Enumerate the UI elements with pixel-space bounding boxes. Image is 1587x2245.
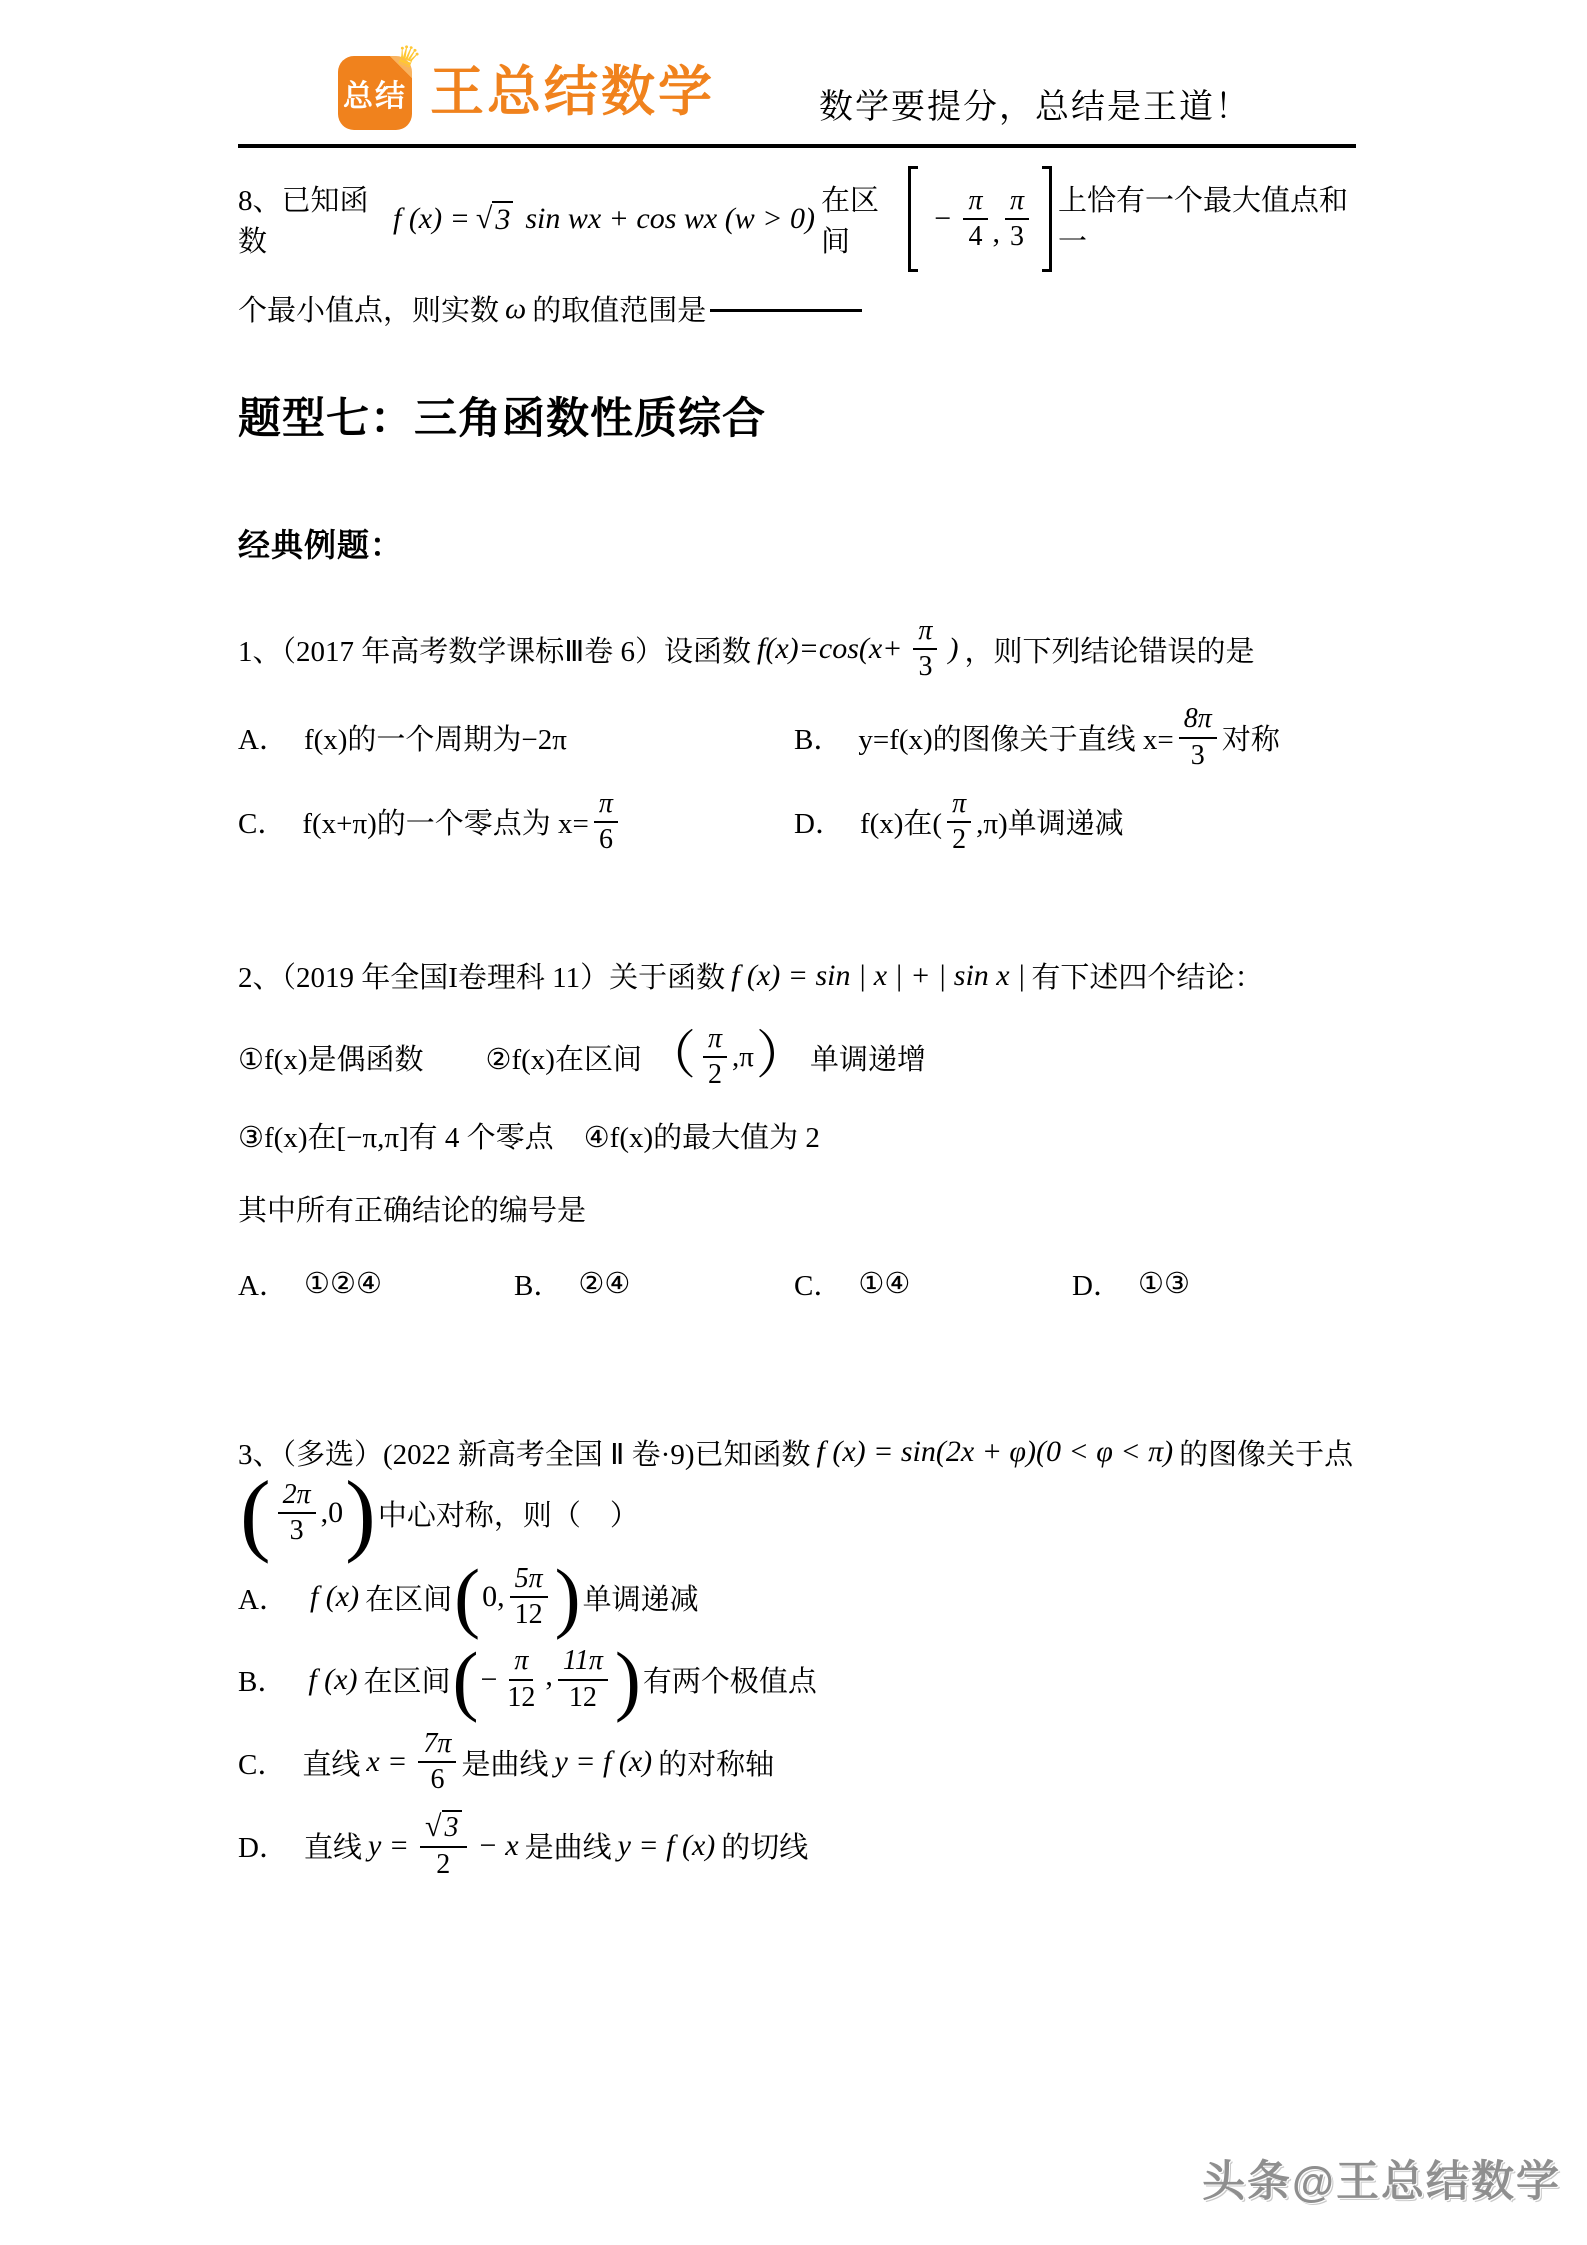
q1-option-c: C． f(x+π)的一个零点为 x= π6 <box>238 787 794 857</box>
option-math: 0, <box>482 1580 505 1614</box>
fraction-denominator: 12 <box>564 1681 602 1715</box>
fraction-numerator: π <box>913 614 937 650</box>
fraction-numerator: π <box>1005 184 1029 220</box>
q1-formula: f(x)=cos(x+ <box>757 632 902 666</box>
fraction: π6 <box>594 787 618 857</box>
fraction-numerator: 2π <box>278 1478 316 1514</box>
fraction-denominator: 3 <box>1186 739 1210 773</box>
option-text: f(x+π)的一个零点为 x= <box>302 801 589 842</box>
question-2: 2、（2019 年全国I卷理科 11）关于函数 f (x) = sin | x … <box>238 955 1356 1303</box>
fraction-denominator: 3 <box>1005 220 1029 254</box>
fraction-denominator: 2 <box>703 1058 727 1092</box>
fraction-denominator: 2 <box>431 1848 455 1882</box>
q2-stem: 2、（2019 年全国I卷理科 11）关于函数 f (x) = sin | x … <box>238 955 1356 996</box>
question-3: 3、（多选）(2022 新高考全国 Ⅱ 卷·9)已知函数 f (x) = sin… <box>238 1432 1356 1882</box>
option-label: D． <box>794 801 844 842</box>
left-bracket <box>908 166 918 272</box>
left-paren: （ <box>644 1034 696 1081</box>
option-text: ①④ <box>858 1266 910 1301</box>
question-1: 1、（2017 年高考数学课标Ⅲ卷 6）设函数 f(x)=cos(x+ π3 )… <box>238 614 1356 857</box>
option-label: B． <box>514 1263 562 1304</box>
option-math: − x <box>478 1829 519 1863</box>
fraction-numerator: 5π <box>510 1562 548 1598</box>
fraction: π3 <box>913 614 937 684</box>
option-label: B． <box>794 717 842 758</box>
q2-conclusion-1: ①f(x)是偶函数 <box>238 1037 423 1078</box>
q3-point-rest: ,0 <box>321 1496 344 1530</box>
fraction: 8π3 <box>1179 702 1217 772</box>
minus-sign: − <box>932 202 952 236</box>
right-bracket <box>1042 166 1052 272</box>
fraction: 7π6 <box>418 1727 456 1797</box>
fraction-numerator: π <box>703 1022 727 1058</box>
option-text: 有两个极值点 <box>643 1659 817 1700</box>
q8-tail: 上恰有一个最大值点和一 <box>1058 178 1356 260</box>
brand-title: 王总结数学 <box>430 63 715 122</box>
fraction-denominator: 12 <box>502 1681 540 1715</box>
section-subtitle: 经典例题： <box>238 520 1356 566</box>
q8-line2-text: 个最小值点，则实数 <box>238 288 499 329</box>
fraction-numerator: 11π <box>558 1644 608 1680</box>
fraction: π2 <box>703 1022 727 1092</box>
header: 总结 ♛ 王总结数学 数学要提分，总结是王道！ <box>238 0 1356 148</box>
q2-stem-text: 有下述四个结论： <box>1031 955 1263 996</box>
interval-comma: , <box>993 216 1001 272</box>
fraction-denominator: 2 <box>947 823 971 857</box>
option-label: C． <box>238 1742 286 1783</box>
radicand: 3 <box>442 1810 462 1843</box>
answer-blank <box>710 306 862 312</box>
q8-omega: ω <box>505 292 526 326</box>
option-text: 直线 <box>302 1742 360 1783</box>
q1-option-d: D． f(x)在( π2 ,π)单调递减 <box>794 787 1356 857</box>
option-text: f(x)在( <box>860 801 942 842</box>
option-label: D． <box>1072 1263 1122 1304</box>
q3-option-a: A． f (x) 在区间 ( 0, 5π12 ) 单调递减 <box>238 1562 1356 1632</box>
radical-icon: √ <box>425 1810 441 1843</box>
fraction: π3 <box>1005 184 1029 254</box>
q3-option-b: B． f (x) 在区间 ( − π12 , 11π12 ) 有两个极值点 <box>238 1644 1356 1714</box>
fraction-denominator: 4 <box>964 220 988 254</box>
radical-icon: √ <box>476 202 492 236</box>
question-8: 8、已知函数 f (x) = √ 3 sin wx + cos wx (w > … <box>238 166 1356 329</box>
right-paren: ) <box>615 1647 641 1713</box>
fraction-numerator: π <box>594 787 618 823</box>
fraction-denominator: 6 <box>594 823 618 857</box>
q1-option-b: B． y=f(x)的图像关于直线 x= 8π3 对称 <box>794 702 1356 772</box>
option-text: 的切线 <box>721 1825 808 1866</box>
brand-logo: 总结 ♛ 王总结数学 <box>338 56 715 130</box>
q8-lead: 8、已知函数 <box>238 178 387 260</box>
q3-stem-text: 中心对称，则（ ） <box>378 1493 639 1534</box>
fraction: π4 <box>963 184 987 254</box>
q2-option-d: D． ①③ <box>1072 1263 1356 1304</box>
right-paren: ) <box>555 1564 581 1630</box>
fraction: π2 <box>947 787 971 857</box>
q2-formula: f (x) = sin | x | + | sin x | <box>731 959 1025 993</box>
right-paren: ） <box>756 1034 808 1081</box>
fraction-numerator: π <box>509 1644 533 1680</box>
q2-conclusions-3-4: ③f(x)在[−π,π]有 4 个零点 ④f(x)的最大值为 2 <box>238 1115 1356 1156</box>
option-text: ,π)单调递减 <box>976 801 1124 842</box>
tagline: 数学要提分，总结是王道！ <box>819 79 1251 130</box>
option-text: 的对称轴 <box>658 1742 774 1783</box>
q1-stem-text: ，则下列结论错误的是 <box>964 629 1254 670</box>
right-paren: ) <box>345 1477 376 1551</box>
q2-conclusion-2: 单调递增 <box>810 1037 926 1078</box>
worksheet-page: 总结 ♛ 王总结数学 数学要提分，总结是王道！ 8、已知函数 f (x) = √… <box>0 0 1587 2245</box>
option-label: B． <box>238 1659 286 1700</box>
fraction: 5π12 <box>510 1562 548 1632</box>
q2-stem-text: 2、（2019 年全国I卷理科 11）关于函数 <box>238 955 725 996</box>
q2-conclusion-3: ③f(x)在[−π,π]有 4 个零点 <box>238 1115 554 1156</box>
option-label: C． <box>794 1263 842 1304</box>
q1-options-row-2: C． f(x+π)的一个零点为 x= π6 D． f(x)在( π2 ,π)单调… <box>238 787 1356 857</box>
fraction-numerator: 8π <box>1179 702 1217 738</box>
option-math: f (x) <box>308 1663 357 1697</box>
q8-interval-label: 在区间 <box>821 178 902 260</box>
option-label: C． <box>238 801 286 842</box>
q3-stem-line-2: ( 2π3 ,0 ) 中心对称，则（ ） <box>238 1477 1356 1551</box>
q2-option-a: A． ①②④ <box>238 1263 514 1304</box>
watermark: 头条@王总结数学 <box>1202 2148 1561 2209</box>
fraction-numerator: π <box>947 787 971 823</box>
fraction: π12 <box>502 1644 540 1714</box>
fraction: 11π12 <box>558 1644 608 1714</box>
fraction: √32 <box>420 1809 466 1882</box>
q2-prompt: 其中所有正确结论的编号是 <box>238 1188 1356 1229</box>
q2-options-row: A． ①②④ B． ②④ C． ①④ D． ①③ <box>238 1263 1356 1304</box>
q8-function: f (x) = <box>393 202 470 236</box>
q8-formula-rest: sin wx + cos wx (w > 0) <box>525 202 815 236</box>
q2-conclusions-1-2: ①f(x)是偶函数 ②f(x)在区间 （ π2 ,π ） 单调递增 <box>238 1022 1356 1092</box>
section-title: 题型七：三角函数性质综合 <box>238 385 1356 446</box>
minus-sign: − <box>480 1663 497 1697</box>
fraction-denominator: 3 <box>913 650 937 684</box>
q1-stem-text: 1、（2017 年高考数学课标Ⅲ卷 6）设函数 <box>238 629 751 670</box>
option-text: 单调递减 <box>583 1577 699 1618</box>
q1-stem: 1、（2017 年高考数学课标Ⅲ卷 6）设函数 f(x)=cos(x+ π3 )… <box>238 614 1356 684</box>
q2-option-c: C． ①④ <box>794 1263 1072 1304</box>
option-text: y=f(x)的图像关于直线 x= <box>858 717 1173 758</box>
logo-badge: 总结 ♛ <box>338 56 412 130</box>
option-math: f (x) <box>310 1580 359 1614</box>
q2-conclusion-4: ④f(x)的最大值为 2 <box>584 1115 820 1156</box>
q3-option-d: D． 直线 y = √32 − x 是曲线 y = f (x) 的切线 <box>238 1809 1356 1882</box>
option-label: A． <box>238 1577 288 1618</box>
q8-line-2: 个最小值点，则实数 ω 的取值范围是 <box>238 288 1356 329</box>
option-text: 在区间 <box>365 1577 452 1618</box>
q1-options-row-1: A． f(x)的一个周期为−2π B． y=f(x)的图像关于直线 x= 8π3… <box>238 702 1356 772</box>
option-math: y = f (x) <box>554 1745 652 1779</box>
fraction-denominator: 12 <box>510 1598 548 1632</box>
logo-badge-text: 总结 <box>343 71 407 115</box>
option-label: A． <box>238 1263 288 1304</box>
q3-stem-text: 的图像关于点 <box>1179 1432 1353 1473</box>
option-text: 在区间 <box>363 1659 450 1700</box>
fraction-numerator: √3 <box>420 1809 466 1848</box>
q8-radicand: 3 <box>492 201 513 237</box>
option-math: y = <box>368 1829 409 1863</box>
q2-conclusion-2: ,π <box>732 1041 754 1074</box>
q1-option-a: A． f(x)的一个周期为−2π <box>238 717 794 758</box>
q3-option-c: C． 直线 x = 7π6 是曲线 y = f (x) 的对称轴 <box>238 1727 1356 1797</box>
option-text: 是曲线 <box>525 1825 612 1866</box>
option-text: 对称 <box>1222 717 1280 758</box>
header-rule <box>238 144 1356 148</box>
left-paren: ( <box>454 1564 480 1630</box>
q8-line2-text: 的取值范围是 <box>532 288 706 329</box>
q2-conclusion-2: ②f(x)在区间 <box>485 1037 641 1078</box>
option-text: f(x)的一个周期为−2π <box>304 717 567 758</box>
option-math: y = f (x) <box>618 1829 716 1863</box>
q2-option-b: B． ②④ <box>514 1263 794 1304</box>
option-label: A． <box>238 717 288 758</box>
left-paren: ( <box>240 1477 271 1551</box>
fraction-numerator: π <box>963 184 987 220</box>
fraction-denominator: 3 <box>285 1514 309 1548</box>
q8-line-1: 8、已知函数 f (x) = √ 3 sin wx + cos wx (w > … <box>238 166 1356 272</box>
option-text: 直线 <box>304 1825 362 1866</box>
fraction: 2π3 <box>278 1478 316 1548</box>
option-label: D． <box>238 1825 288 1866</box>
option-text: ①②④ <box>304 1266 382 1301</box>
option-text: ①③ <box>1138 1266 1190 1301</box>
q1-formula-close: ) <box>948 632 958 666</box>
q3-stem-text: 3、（多选）(2022 新高考全国 Ⅱ 卷·9)已知函数 <box>238 1432 811 1473</box>
fraction-numerator: 7π <box>418 1727 456 1763</box>
q3-formula: f (x) = sin(2x + φ)(0 < φ < π) <box>817 1435 1174 1469</box>
fraction-denominator: 6 <box>425 1763 449 1797</box>
left-paren: ( <box>453 1647 479 1713</box>
interval-comma: , <box>545 1659 553 1715</box>
option-math: x = <box>366 1745 407 1779</box>
q3-stem-line-1: 3、（多选）(2022 新高考全国 Ⅱ 卷·9)已知函数 f (x) = sin… <box>238 1432 1356 1473</box>
option-text: 是曲线 <box>461 1742 548 1783</box>
option-text: ②④ <box>578 1266 630 1301</box>
